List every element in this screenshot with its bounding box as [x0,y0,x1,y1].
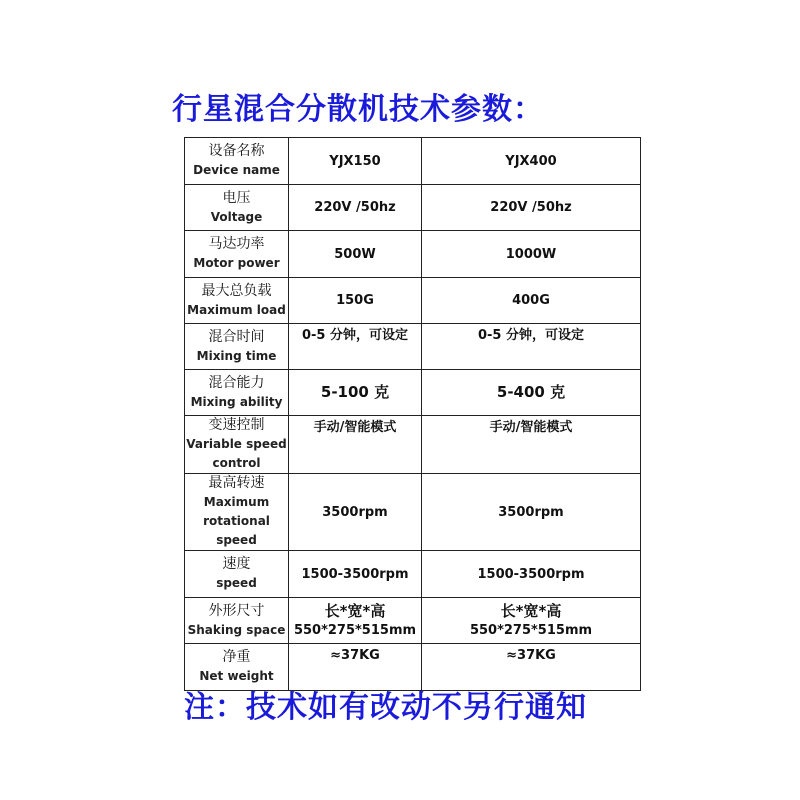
value-text: 500W [289,245,421,264]
value-text: 550*275*515mm [422,621,640,640]
value-yjx400-cell: 220V /50hz [422,185,641,231]
value-yjx400-cell: 0-5 分钟，可设定 [422,324,641,370]
param-label-en: speed [185,574,288,593]
value-text: 3500rpm [289,503,421,522]
value-text: 1500-3500rpm [422,565,640,584]
param-label-cn: 混合时间 [185,328,288,347]
value-text: 1000W [422,245,640,264]
value-yjx150-cell: 0-5 分钟，可设定 [289,324,422,370]
param-label-cn: 外形尺寸 [185,602,288,621]
value-text: ≈37KG [289,646,421,665]
footnote: 注：技术如有改动不另行通知 [184,682,587,726]
param-label-cell: 变速控制Variable speedcontrol [185,416,289,474]
value-yjx400-cell: 长*宽*高550*275*515mm [422,598,641,644]
value-yjx400-cell: 手动/智能模式 [422,416,641,474]
spec-table: 设备名称Device nameYJX150YJX400电压Voltage220V… [184,137,641,691]
param-label-en: Motor power [185,254,288,273]
value-yjx150-cell: 5-100 克 [289,370,422,416]
value-text: YJX150 [289,152,421,171]
table-row: 马达功率Motor power500W1000W [185,231,641,278]
value-yjx150-cell: 手动/智能模式 [289,416,422,474]
value-text: 0-5 分钟，可设定 [422,326,640,345]
param-label-cell: 混合时间Mixing time [185,324,289,370]
param-label-en: Variable speed [185,435,288,454]
table-row: 混合能力Mixing ability5-100 克5-400 克 [185,370,641,416]
value-yjx150-cell: 150G [289,278,422,324]
table-row: 混合时间Mixing time0-5 分钟，可设定0-5 分钟，可设定 [185,324,641,370]
param-label-en: rotational speed [185,512,288,550]
value-text: 220V /50hz [289,198,421,217]
param-label-en: control [185,454,288,473]
value-text: 长*宽*高 [422,602,640,621]
value-text: 手动/智能模式 [422,418,640,437]
value-yjx400-cell: 5-400 克 [422,370,641,416]
param-label-cell: 速度speed [185,551,289,598]
value-text: 220V /50hz [422,198,640,217]
value-text: 400G [422,291,640,310]
param-label-cn: 电压 [185,189,288,208]
value-text: 1500-3500rpm [289,565,421,584]
table-row: 电压Voltage220V /50hz220V /50hz [185,185,641,231]
value-yjx400-cell: 1000W [422,231,641,278]
param-label-cn: 马达功率 [185,235,288,254]
param-label-cell: 混合能力Mixing ability [185,370,289,416]
param-label-cn: 最大总负载 [185,282,288,301]
table-row: 最大总负载Maximum load150G400G [185,278,641,324]
spec-table-body: 设备名称Device nameYJX150YJX400电压Voltage220V… [185,138,641,691]
table-row: 变速控制Variable speedcontrol手动/智能模式手动/智能模式 [185,416,641,474]
value-yjx150-cell: 3500rpm [289,474,422,551]
page-title: 行星混合分散机技术参数： [172,84,544,128]
param-label-cn: 混合能力 [185,374,288,393]
param-label-cell: 马达功率Motor power [185,231,289,278]
value-text: 3500rpm [422,503,640,522]
value-yjx150-cell: YJX150 [289,138,422,185]
value-text: 长*宽*高 [289,602,421,621]
param-label-en: Mixing ability [185,393,288,412]
table-row: 外形尺寸Shaking space长*宽*高550*275*515mm长*宽*高… [185,598,641,644]
param-label-cell: 最大总负载Maximum load [185,278,289,324]
table-row: 速度speed1500-3500rpm1500-3500rpm [185,551,641,598]
table-row: 最高转速Maximumrotational speed3500rpm3500rp… [185,474,641,551]
value-yjx400-cell: 3500rpm [422,474,641,551]
param-label-en: Shaking space [185,621,288,640]
value-yjx150-cell: 500W [289,231,422,278]
param-label-cn: 速度 [185,555,288,574]
value-text: 5-100 克 [289,383,421,402]
value-text: 手动/智能模式 [289,418,421,437]
param-label-cell: 设备名称Device name [185,138,289,185]
param-label-en: Maximum load [185,301,288,320]
param-label-cn: 变速控制 [185,416,288,435]
table-row: 设备名称Device nameYJX150YJX400 [185,138,641,185]
param-label-en: Maximum [185,493,288,512]
param-label-en: Mixing time [185,347,288,366]
value-text: 550*275*515mm [289,621,421,640]
value-yjx400-cell: 400G [422,278,641,324]
param-label-en: Voltage [185,208,288,227]
value-yjx400-cell: 1500-3500rpm [422,551,641,598]
param-label-cn: 净重 [185,648,288,667]
param-label-cn: 设备名称 [185,142,288,161]
param-label-en: Device name [185,161,288,180]
param-label-cell: 电压Voltage [185,185,289,231]
value-text: 0-5 分钟，可设定 [289,326,421,345]
param-label-cell: 最高转速Maximumrotational speed [185,474,289,551]
param-label-cn: 最高转速 [185,474,288,493]
value-yjx150-cell: 长*宽*高550*275*515mm [289,598,422,644]
value-text: 150G [289,291,421,310]
value-text: 5-400 克 [422,383,640,402]
value-text: YJX400 [422,152,640,171]
value-text: ≈37KG [422,646,640,665]
value-yjx150-cell: 220V /50hz [289,185,422,231]
param-label-cell: 外形尺寸Shaking space [185,598,289,644]
value-yjx400-cell: YJX400 [422,138,641,185]
value-yjx150-cell: 1500-3500rpm [289,551,422,598]
